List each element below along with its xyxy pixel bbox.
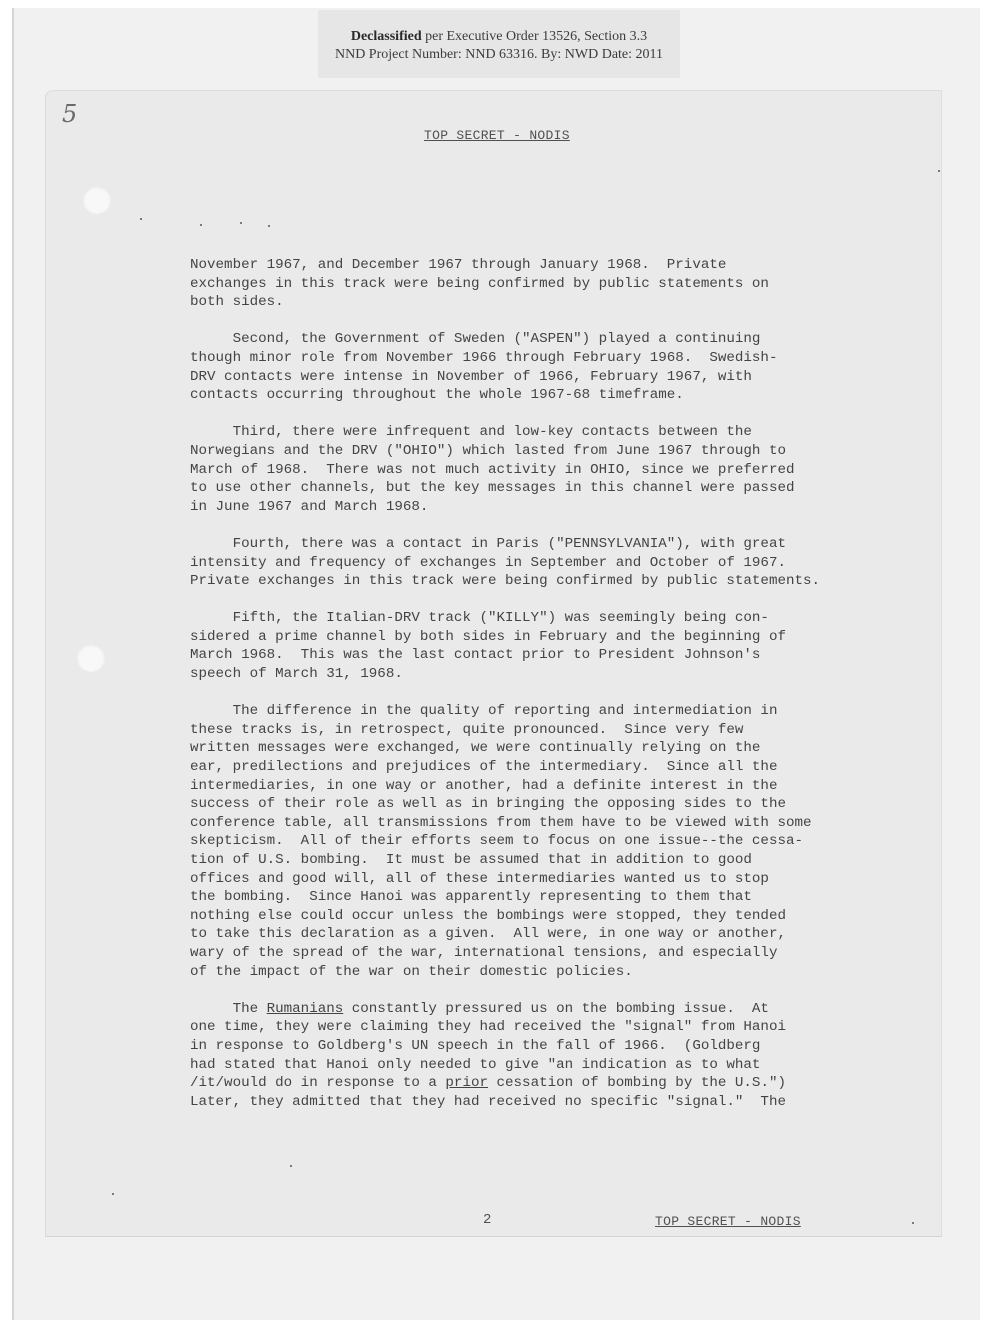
classification-footer: TOP SECRET - NODIS (655, 1214, 801, 1229)
text-line: success of their role as well as in brin… (190, 795, 890, 814)
text-line: though minor role from November 1966 thr… (190, 349, 890, 368)
page-number: 2 (483, 1212, 491, 1228)
text-line: The Rumanians constantly pressured us on… (190, 1000, 890, 1019)
text-line: both sides. (190, 293, 890, 312)
text-line: The difference in the quality of reporti… (190, 702, 890, 721)
paragraph: November 1967, and December 1967 through… (190, 256, 890, 312)
text-line: November 1967, and December 1967 through… (190, 256, 890, 275)
paragraph: The difference in the quality of reporti… (190, 702, 890, 981)
text-line: Fifth, the Italian-DRV track ("KILLY") w… (190, 609, 890, 628)
text-line: Second, the Government of Sweden ("ASPEN… (190, 330, 890, 349)
stamp-line-1: Declassified per Executive Order 13526, … (318, 28, 680, 46)
text-line: intermediaries, in one way or another, h… (190, 777, 890, 796)
text-line: skepticism. All of their efforts seem to… (190, 832, 890, 851)
paragraph: Fourth, there was a contact in Paris ("P… (190, 535, 890, 591)
text-line: of the impact of the war on their domest… (190, 963, 890, 982)
text-line: the bombing. Since Hanoi was apparently … (190, 888, 890, 907)
declassification-stamp: Declassified per Executive Order 13526, … (318, 10, 680, 78)
scan-speck (290, 1165, 292, 1167)
scan-speck (240, 222, 242, 224)
text-line: wary of the spread of the war, internati… (190, 944, 890, 963)
paragraph: Third, there were infrequent and low-key… (190, 423, 890, 516)
text-line: nothing else could occur unless the bomb… (190, 907, 890, 926)
text-line: these tracks is, in retrospect, quite pr… (190, 721, 890, 740)
text-line: written messages were exchanged, we were… (190, 739, 890, 758)
scan-speck (912, 1222, 914, 1224)
text-line: March 1968. This was the last contact pr… (190, 646, 890, 665)
paragraph: Second, the Government of Sweden ("ASPEN… (190, 330, 890, 404)
text-line: March of 1968. There was not much activi… (190, 461, 890, 480)
text-line: sidered a prime channel by both sides in… (190, 628, 890, 647)
punch-hole-middle (77, 644, 105, 672)
handwritten-page-mark: 5 (62, 100, 77, 128)
punch-hole-top (83, 186, 111, 214)
paragraph: Fifth, the Italian-DRV track ("KILLY") w… (190, 609, 890, 683)
scan-speck (200, 224, 202, 226)
text-line: ear, predilections and prejudices of the… (190, 758, 890, 777)
paragraph: The Rumanians constantly pressured us on… (190, 1000, 890, 1112)
text-line: Third, there were infrequent and low-key… (190, 423, 890, 442)
text-line: Fourth, there was a contact in Paris ("P… (190, 535, 890, 554)
text-line: Later, they admitted that they had recei… (190, 1093, 890, 1112)
text-line: Norwegians and the DRV ("OHIO") which la… (190, 442, 890, 461)
scan-speck (112, 1193, 114, 1195)
text-line: offices and good will, all of these inte… (190, 870, 890, 889)
text-line: to take this declaration as a given. All… (190, 925, 890, 944)
text-line: to use other channels, but the key messa… (190, 479, 890, 498)
document-body: November 1967, and December 1967 through… (190, 256, 890, 1130)
text-line: speech of March 31, 1968. (190, 665, 890, 684)
stamp-line-2: NND Project Number: NND 63316. By: NWD D… (318, 46, 680, 64)
text-line: had stated that Hanoi only needed to giv… (190, 1056, 890, 1075)
text-line: DRV contacts were intense in November of… (190, 368, 890, 387)
classification-header: TOP SECRET - NODIS (424, 128, 570, 143)
scan-speck (140, 218, 142, 220)
text-line: in June 1967 and March 1968. (190, 498, 890, 517)
text-line: in response to Goldberg's UN speech in t… (190, 1037, 890, 1056)
scan-speck (938, 170, 940, 172)
text-line: tion of U.S. bombing. It must be assumed… (190, 851, 890, 870)
text-line: conference table, all transmissions from… (190, 814, 890, 833)
text-line: Private exchanges in this track were bei… (190, 572, 890, 591)
scan-speck (268, 225, 270, 227)
text-line: /it/would do in response to a prior cess… (190, 1074, 890, 1093)
text-line: one time, they were claiming they had re… (190, 1018, 890, 1037)
text-line: contacts occurring throughout the whole … (190, 386, 890, 405)
text-line: exchanges in this track were being confi… (190, 275, 890, 294)
text-line: intensity and frequency of exchanges in … (190, 554, 890, 573)
